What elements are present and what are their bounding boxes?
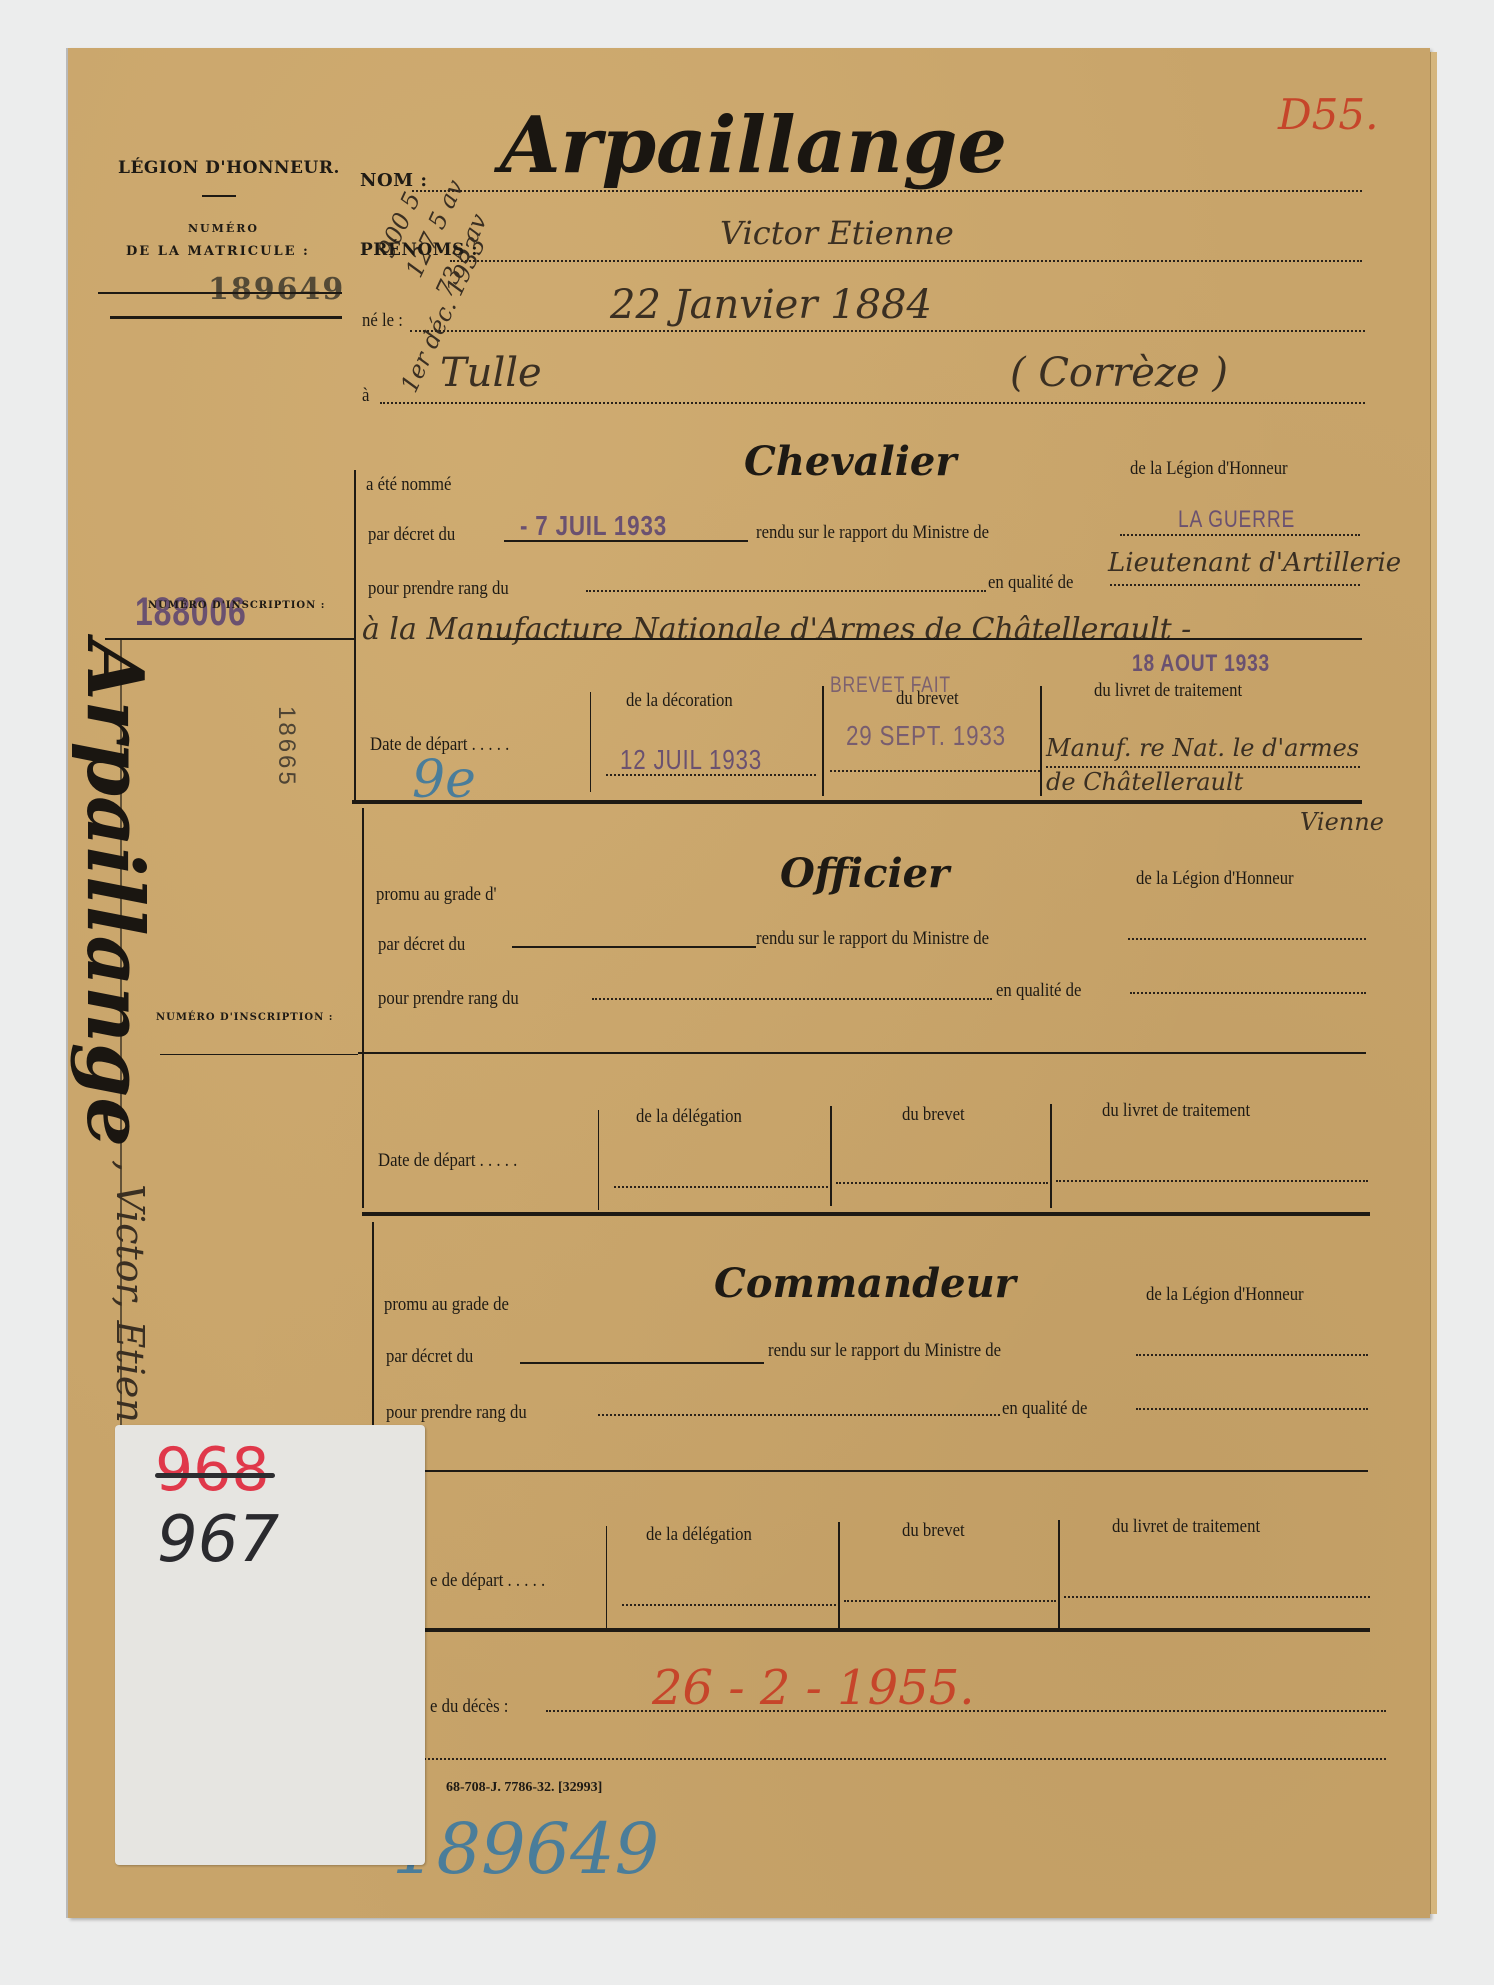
chevalier-qualite-value: Lieutenant d'Artillerie (1108, 548, 1401, 578)
archive-sticker: 968 967 (115, 1425, 425, 1865)
officier-delegation-line (614, 1186, 828, 1188)
commandeur-ministre-line (1136, 1354, 1368, 1356)
officier-col-delegation: de la délégation (636, 1106, 742, 1128)
officier-ministre-line (1128, 938, 1366, 940)
commandeur-rang-line (598, 1414, 1000, 1416)
chevalier-ministre-stamp: LA GUERRE (1178, 506, 1295, 534)
deces-label: e du décès : (430, 1696, 508, 1718)
chevalier-livret-value-3: Vienne (1300, 808, 1384, 836)
chevalier-col-divider-1 (822, 686, 824, 796)
inscription-label-bottom: NUMÉRO D'INSCRIPTION : (156, 1012, 333, 1023)
chevalier-livret-date: 18 AOUT 1933 (1132, 650, 1270, 678)
chevalier-col-brevet: du brevet (896, 688, 959, 710)
ne-le-label: né le : (362, 310, 403, 332)
lieu-value: Tulle (440, 350, 542, 396)
deces-line-2 (420, 1758, 1386, 1760)
commandeur-col-brevet: du brevet (902, 1520, 965, 1542)
officier-rapport-label: rendu sur le rapport du Ministre de (756, 928, 989, 950)
spine-surname: Arpaillange (69, 640, 160, 1147)
inscription-label-top: NUMÉRO D'INSCRIPTION : (148, 600, 325, 611)
print-code: 68-708-J. 7786-32. [32993] (446, 1780, 602, 1796)
lieu-line (380, 402, 1365, 404)
commandeur-col-livret: du livret de traitement (1112, 1516, 1260, 1538)
nom-value: Arpaillange (500, 100, 1007, 191)
chevalier-rang-label: pour prendre rang du (368, 578, 509, 600)
matricule-label-2: DE LA MATRICULE : (126, 244, 310, 259)
ne-le-line (410, 330, 1365, 332)
commandeur-col-divider-1 (838, 1522, 840, 1630)
spine-given-names: , Victor, Etienne (108, 1160, 152, 1470)
title-rule (202, 195, 236, 197)
chevalier-col-divider-2 (1040, 686, 1042, 796)
commandeur-rang-label: pour prendre rang du (386, 1402, 527, 1424)
inscription-stamp: 188006 (135, 590, 247, 635)
chevalier-grade-title: Chevalier (744, 438, 956, 485)
vertical-stamp-number: 18665 (272, 706, 300, 788)
officier-col-livret: du livret de traitement (1102, 1100, 1250, 1122)
sticker-strike (155, 1473, 275, 1478)
chevalier-ministre-line (1120, 534, 1360, 536)
officier-depart-label: Date de départ . . . . . (378, 1150, 517, 1172)
officier-col-divider-2 (1050, 1104, 1052, 1208)
commandeur-brevet-line (844, 1600, 1056, 1602)
officier-qualite-line (1130, 992, 1366, 994)
commandeur-depart-label: e de départ . . . . . (430, 1570, 545, 1592)
officier-intro: promu au grade d' (376, 884, 496, 906)
prenoms-value: Victor Etienne (720, 214, 954, 252)
corner-note: D55. (1278, 90, 1378, 139)
commandeur-brace (606, 1526, 607, 1630)
officier-qualite-label: en qualité de (996, 980, 1081, 1002)
commandeur-section-end (420, 1628, 1370, 1632)
commandeur-intro: promu au grade de (384, 1294, 509, 1316)
officier-section-end (362, 1212, 1370, 1216)
chevalier-rang-line (586, 590, 986, 592)
commandeur-livret-line (1064, 1596, 1370, 1598)
commandeur-col-divider-2 (1058, 1520, 1060, 1630)
chevalier-bracket (354, 470, 356, 800)
chevalier-brace (590, 692, 591, 792)
commandeur-qualite-line (1136, 1408, 1368, 1410)
prenoms-label: PRÉNOMS : (360, 240, 478, 260)
chevalier-rule-1 (480, 638, 1362, 640)
commandeur-rapport-label: rendu sur le rapport du Ministre de (768, 1340, 1001, 1362)
officier-rule-1 (358, 1052, 1366, 1054)
commandeur-decret-line (520, 1362, 764, 1364)
commandeur-qualite-label: en qualité de (1002, 1398, 1087, 1420)
commandeur-delegation-line (622, 1604, 836, 1606)
chevalier-qualite-label: en qualité de (988, 572, 1073, 594)
chevalier-section-end (352, 800, 1362, 804)
commandeur-col-delegation: de la délégation (646, 1524, 752, 1546)
officier-brace (598, 1110, 599, 1210)
a-label: à (362, 385, 369, 407)
blue-matricule-number: 189649 (392, 1808, 659, 1890)
commandeur-grade-title: Commandeur (714, 1260, 1016, 1307)
chevalier-livret-value-2: de Châtellerault (1046, 768, 1243, 796)
officier-rang-label: pour prendre rang du (378, 988, 519, 1010)
chevalier-intro: a été nommé (366, 474, 451, 496)
officier-livret-line (1056, 1180, 1368, 1182)
paper-edge (1430, 52, 1437, 1914)
chevalier-qualite-line2: à la Manufacture Nationale d'Armes de Ch… (362, 612, 1191, 647)
commandeur-decret-label: par décret du (386, 1346, 473, 1368)
departement-value: ( Corrèze ) (1010, 350, 1228, 396)
officier-col-divider-1 (830, 1106, 832, 1206)
prenoms-line (450, 260, 1362, 262)
sticker-new-number: 967 (157, 1503, 279, 1577)
officier-brevet-line (836, 1182, 1048, 1184)
sticker-old-number: 968 (155, 1435, 270, 1505)
chevalier-brevet-line (830, 770, 1040, 772)
chevalier-brevet-value: 29 SEPT. 1933 (846, 720, 1006, 752)
matricule-label-1: NUMÉRO (188, 222, 259, 235)
officier-bracket (362, 808, 364, 1208)
commandeur-suffix: de la Légion d'Honneur (1146, 1284, 1304, 1306)
ne-le-value: 22 Janvier 1884 (610, 282, 932, 328)
commandeur-rule-1 (380, 1470, 1368, 1472)
officier-decret-line (512, 946, 756, 948)
chevalier-decret-label: par décret du (368, 524, 455, 546)
officier-rang-line (592, 998, 992, 1000)
officier-decret-label: par décret du (378, 934, 465, 956)
chevalier-decoration-stamp: 12 JUIL 1933 (620, 744, 762, 776)
chevalier-livret-value-1: Manuf. re Nat. le d'armes (1046, 734, 1359, 762)
chevalier-suffix: de la Légion d'Honneur (1130, 458, 1288, 480)
matricule-underline (110, 316, 342, 319)
chevalier-col-decoration: de la décoration (626, 690, 733, 712)
chevalier-qualite-line (1110, 584, 1360, 586)
chevalier-rapport-label: rendu sur le rapport du Ministre de (756, 522, 989, 544)
officier-grade-title: Officier (780, 850, 949, 897)
chevalier-decret-stamp: - 7 JUIL 1933 (520, 510, 667, 542)
nom-label: NOM : (360, 170, 427, 191)
officier-col-brevet: du brevet (902, 1104, 965, 1126)
inscription-rule-bottom (160, 1054, 358, 1055)
matricule-strike (98, 292, 342, 294)
deces-value: 26 - 2 - 1955. (652, 1660, 975, 1716)
officier-suffix: de la Légion d'Honneur (1136, 868, 1294, 890)
org-title: LÉGION D'HONNEUR. (118, 158, 340, 178)
chevalier-col-livret: du livret de traitement (1094, 680, 1242, 702)
matricule-number: 189649 (208, 272, 345, 307)
